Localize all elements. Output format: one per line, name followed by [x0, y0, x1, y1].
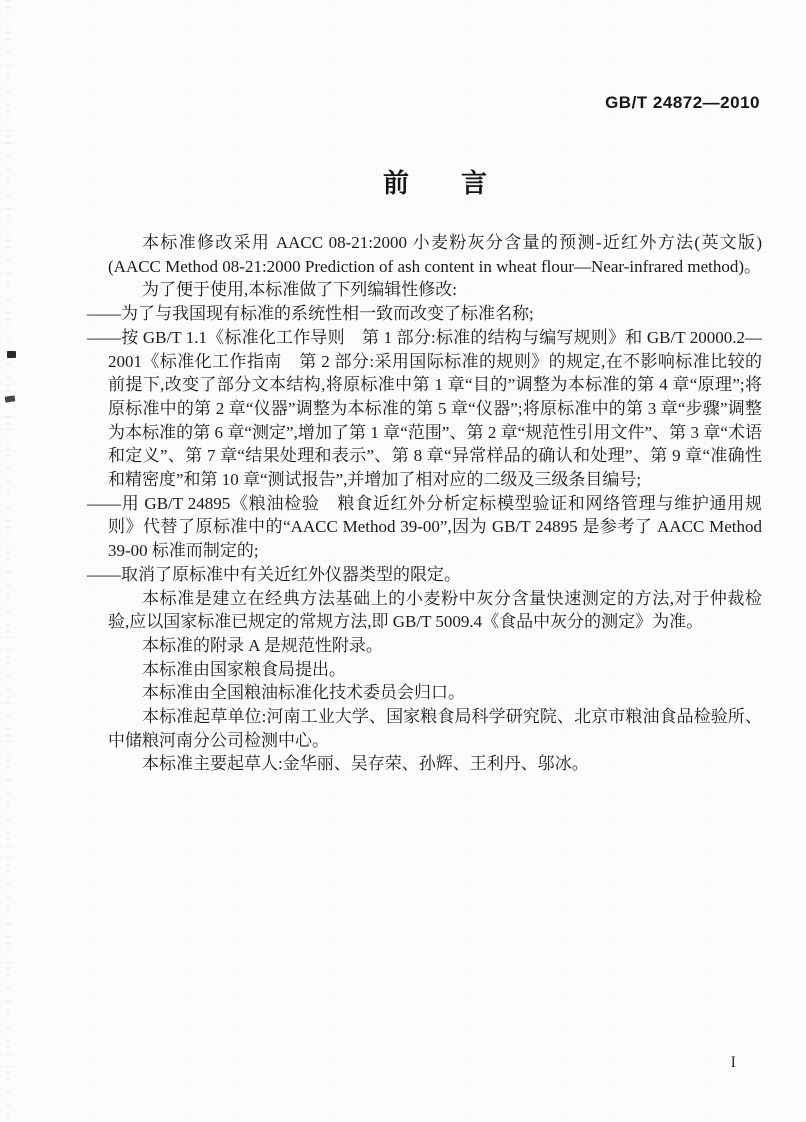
standard-code: GB/T 24872—2010	[605, 93, 760, 113]
foreword-list-item: ——取消了原标准中有关近红外仪器类型的限定。	[108, 563, 762, 587]
foreword-paragraph: 本标准修改采用 AACC 08-21:2000 小麦粉灰分含量的预测-近红外方法…	[108, 231, 762, 278]
foreword-body: 本标准修改采用 AACC 08-21:2000 小麦粉灰分含量的预测-近红外方法…	[108, 231, 762, 776]
foreword-paragraph: 本标准是建立在经典方法基础上的小麦粉中灰分含量快速测定的方法,对于仲裁检验,应以…	[108, 587, 762, 634]
foreword-list-item: ——按 GB/T 1.1《标准化工作导则 第 1 部分:标准的结构与编写规则》和…	[108, 326, 762, 492]
foreword-list-item: ——为了与我国现有标准的系统性相一致而改变了标准名称;	[108, 302, 762, 326]
foreword-list-item: ——用 GB/T 24895《粮油检验 粮食近红外分析定标模型验证和网络管理与维…	[108, 492, 762, 563]
scan-speck	[5, 395, 16, 402]
document-page: GB/T 24872—2010 前 言 本标准修改采用 AACC 08-21:2…	[0, 0, 806, 1122]
foreword-paragraph: 本标准起草单位:河南工业大学、国家粮食局科学研究院、北京市粮油食品检验所、中储粮…	[108, 705, 762, 752]
foreword-paragraph: 为了便于使用,本标准做了下列编辑性修改:	[108, 278, 762, 302]
page-number: I	[731, 1054, 736, 1072]
page-title: 前 言	[108, 163, 762, 200]
foreword-paragraph: 本标准由国家粮食局提出。	[108, 658, 762, 682]
scan-speck	[7, 351, 16, 358]
foreword-paragraph: 本标准由全国粮油标准化技术委员会归口。	[108, 681, 762, 705]
scan-edge-artifact	[6, 0, 10, 1122]
foreword-paragraph: 本标准主要起草人:金华丽、吴存荣、孙辉、王利丹、邬冰。	[108, 752, 762, 776]
foreword-paragraph: 本标准的附录 A 是规范性附录。	[108, 634, 762, 658]
